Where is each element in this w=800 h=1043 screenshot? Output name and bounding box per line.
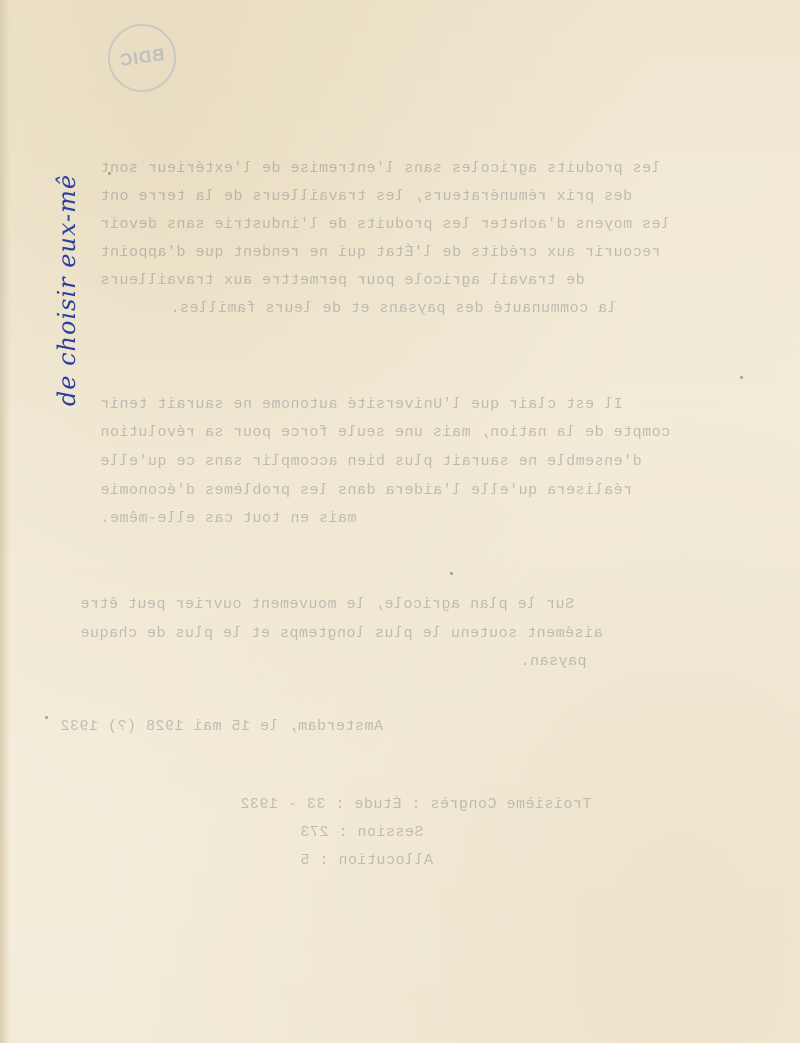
handwritten-note-text: de choisir eux-mê (53, 174, 81, 406)
text-line: les moyens d'acheter les produits de l'i… (100, 216, 670, 233)
paper-speck (450, 572, 453, 575)
mirrored-typed-text: les produits agricoles sans l'entremise … (0, 0, 800, 1043)
paper-speck (108, 172, 111, 175)
text-line: Allocution : 5 (300, 852, 433, 869)
text-line: des prix rémunérateurs, les travailleurs… (100, 188, 632, 205)
text-line: de travail agricole pour permettre aux t… (100, 272, 585, 289)
paper-speck (740, 376, 743, 379)
text-line: aisément soutenu le plus longtemps et le… (80, 625, 603, 642)
text-line: compte de la nation, mais une seule forc… (100, 424, 670, 441)
text-line: Sur le plan agricole, le mouvement ouvri… (80, 596, 574, 613)
text-line: réalisera qu'elle l'aidera dans les prob… (100, 482, 632, 499)
text-line: Session : 273 (300, 824, 424, 841)
text-line: paysan. (520, 653, 587, 670)
text-line: la communauté des paysans et de leurs fa… (170, 300, 617, 317)
text-line: Amsterdam, le 15 mai 1928 (?) 1932 (60, 718, 383, 735)
text-line: d'ensemble ne saurait plus bien accompli… (100, 453, 642, 470)
text-line: les produits agricoles sans l'entremise … (100, 160, 661, 177)
text-line: recourir aux crédits de l'État qui ne re… (100, 244, 661, 261)
handwritten-margin-note: de choisir eux-mê (42, 175, 92, 405)
paper-speck (45, 716, 48, 719)
text-line: Troisième Congrès : Étude : 33 - 1932 (240, 796, 592, 813)
text-line: Il est clair que l'Université autonome n… (100, 396, 623, 413)
text-line: mais en tout cas elle-même. (100, 510, 357, 527)
